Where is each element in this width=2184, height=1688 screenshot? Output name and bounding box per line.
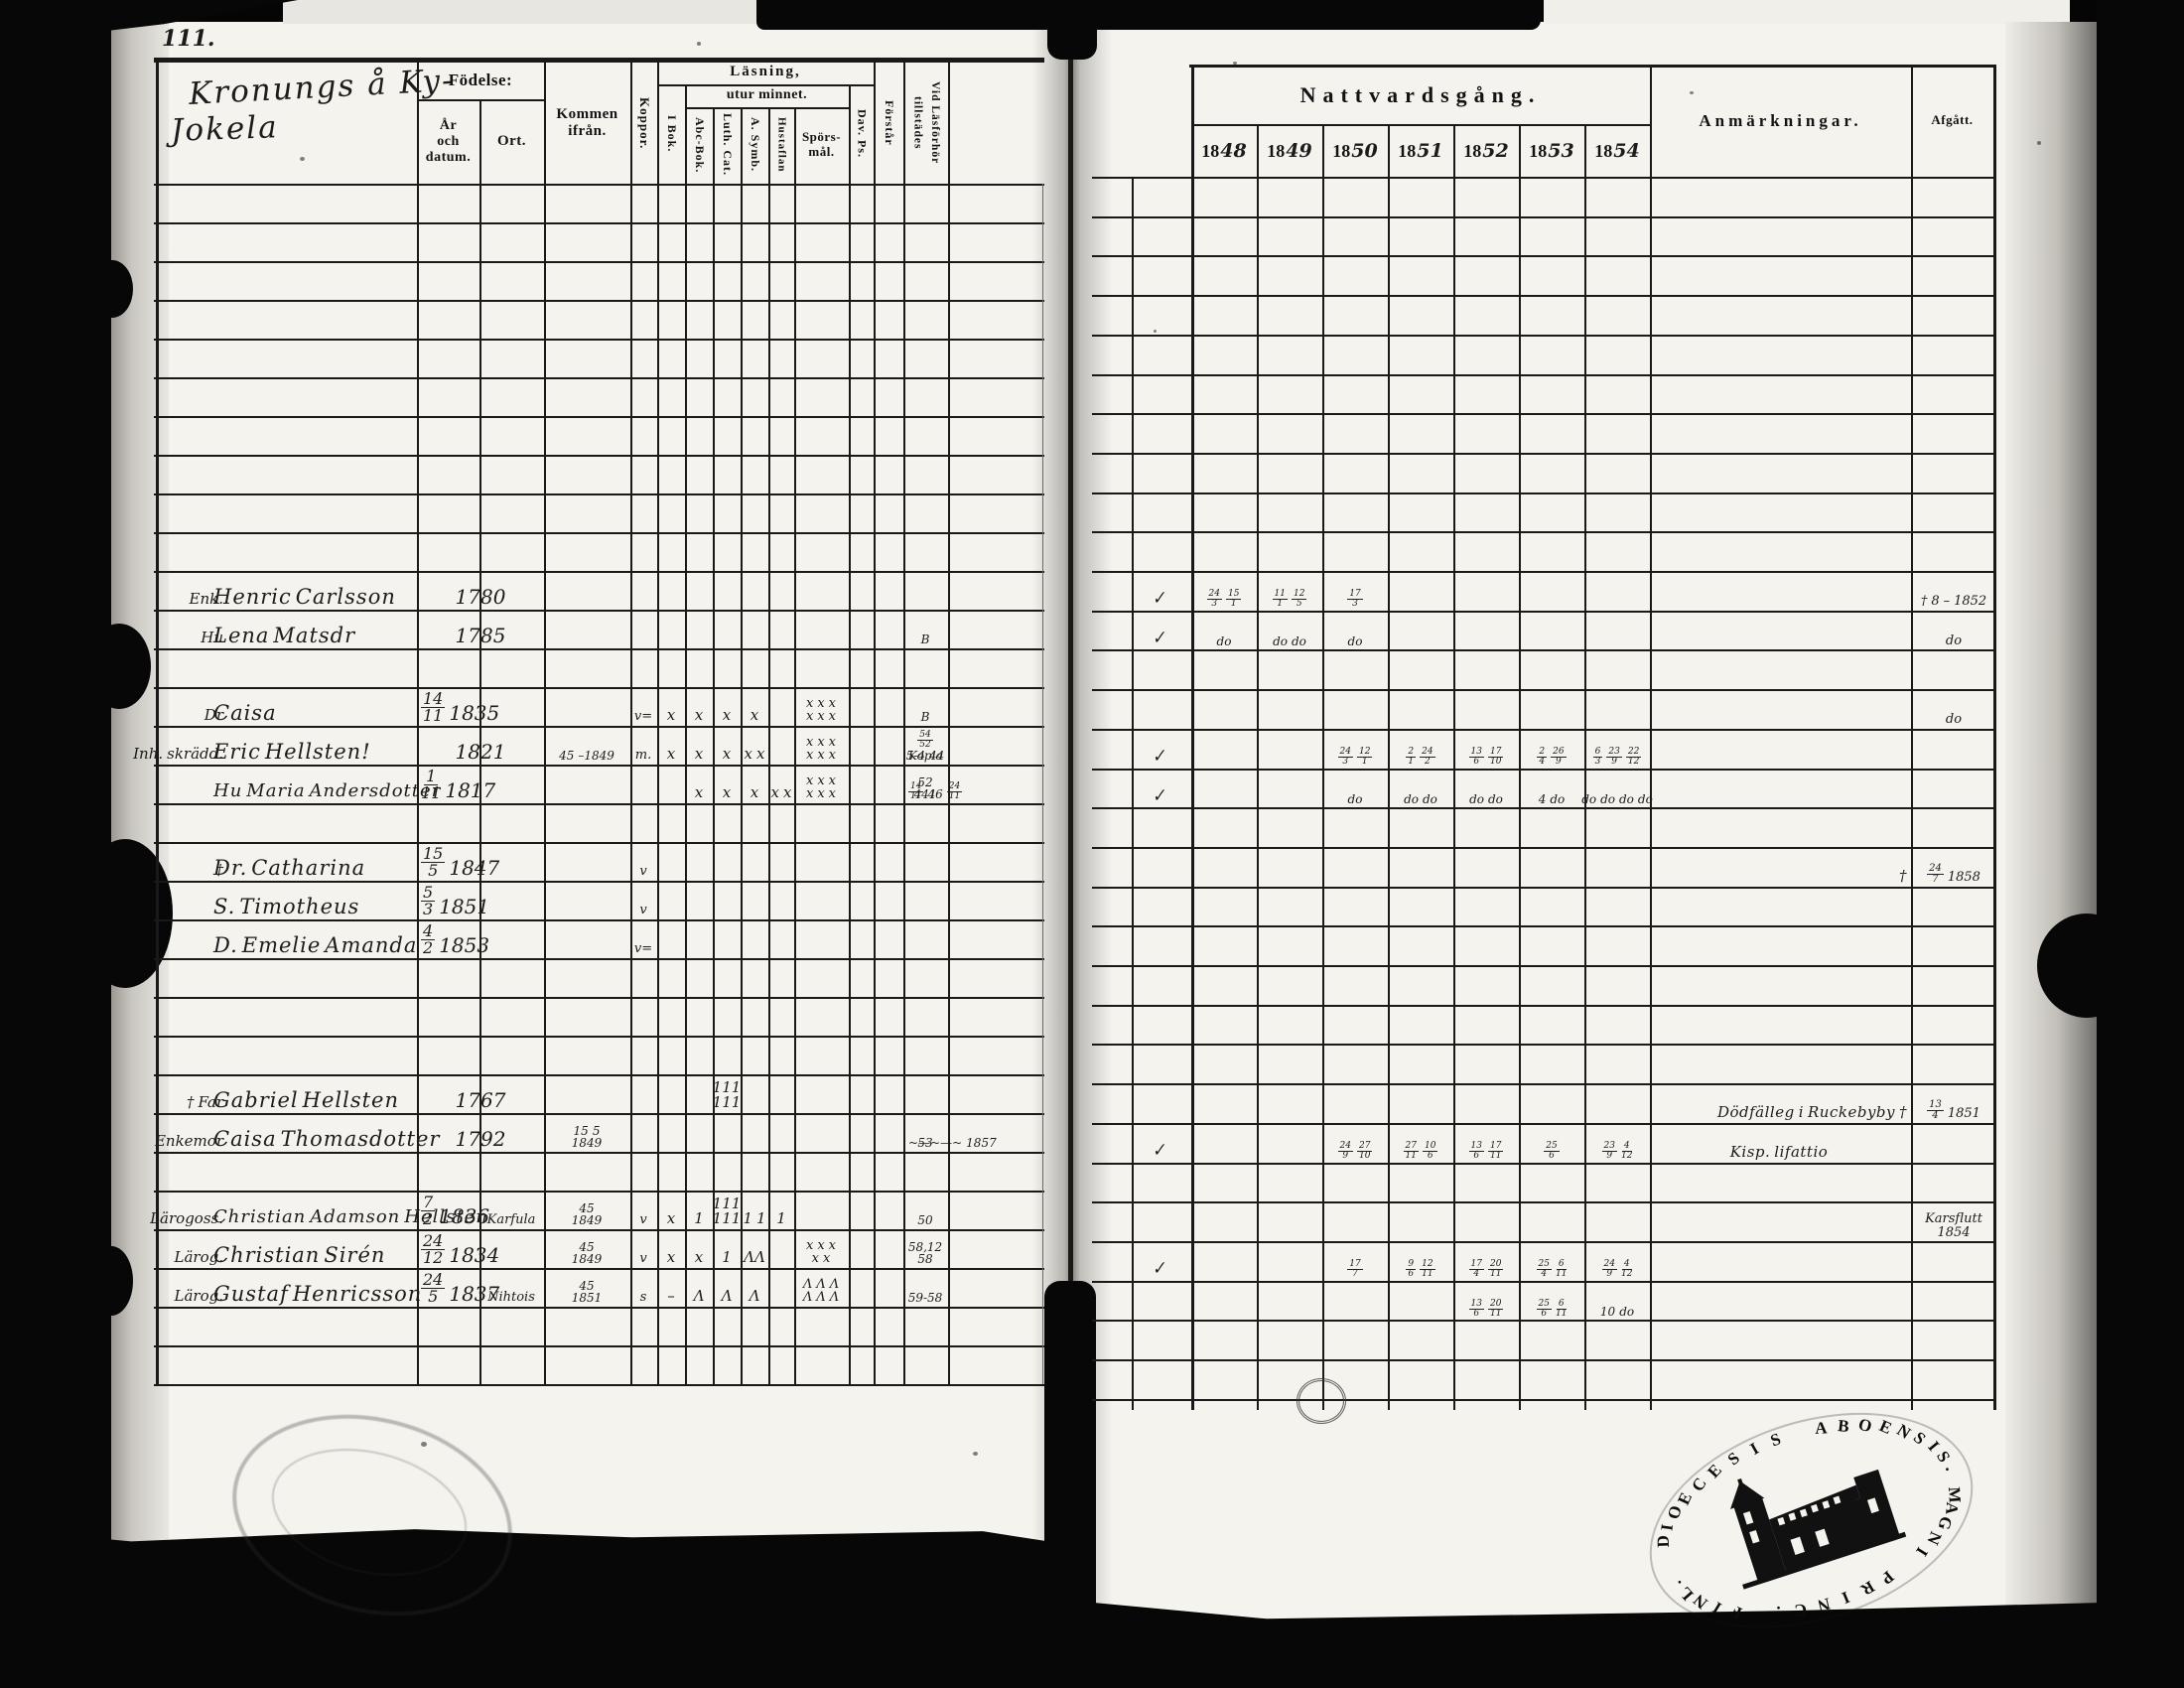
grid-line [1191,124,1650,126]
handwritten-mark: 1785 [456,626,506,646]
grid-line [154,958,1044,960]
entry-birth-date: 24121834 [421,1231,540,1266]
seal-ring-letter [1898,1550,1907,1561]
dust-speck [300,157,305,161]
scan-edge-right [2097,0,2184,1688]
entry-birth-date: 1551847 [421,844,540,879]
grid-line [154,1268,1044,1270]
year-prefix: 18 [1463,141,1481,162]
header-sporsmal: Spörs- mål. [794,107,849,183]
grid-line [154,726,1044,728]
date-fraction: 72 [421,1195,435,1227]
seal-ring-letter: O [1664,1503,1687,1522]
seal-ring-letter: . [1770,1602,1786,1622]
year-header: 1851 [1388,127,1453,175]
entry-birth-date: 1780 [421,573,540,608]
paper-top-strip [283,0,759,24]
year-header: 1848 [1191,127,1257,175]
header-luth-cat: Luth. Cat. [713,107,741,183]
year-header: 1853 [1519,127,1584,175]
seal-ring-letter: D [1653,1534,1673,1549]
page-edge-left [111,22,169,1551]
seal-ring-letter: N [1815,1593,1833,1616]
grid-line [874,58,876,1384]
year-prefix: 18 [1529,141,1547,162]
grid-line [685,84,687,1384]
dust-speck [1154,330,1157,333]
grid-line [1092,649,1993,651]
seal-ring-letter: C [1793,1599,1809,1619]
year-suffix: 54 [1613,140,1639,162]
date-fraction: 2412 [421,1233,445,1266]
grid-line [154,610,1044,612]
dust-speck [973,1452,978,1456]
grid-line [1092,177,1993,179]
entry-birth-date: 1785 [421,612,540,646]
grid-line [1132,177,1134,1410]
grid-line [768,107,770,1384]
entry-birth-date: 421853 [421,921,540,956]
seal-ring-letter: P [1875,1565,1899,1589]
handwritten-mark: 1780 [456,587,506,608]
grid-line [948,58,950,1384]
grid-line [154,532,1044,534]
grid-line [1092,531,1993,533]
seal-ring-letter: N [1922,1527,1946,1548]
grid-line [1092,571,1993,573]
grid-line [154,416,1044,418]
grid-line [417,58,419,1384]
header-lasning: Läsning, [657,61,874,83]
entry-birth-date: 531851 [421,883,540,917]
grid-line [154,1036,1044,1038]
grid-line [154,842,1044,844]
year-prefix: 18 [1267,141,1285,162]
scan-strip-top [756,0,1541,30]
grid-line [1092,453,1993,455]
date-fraction: 155 [421,846,445,879]
grid-line [1191,65,1194,1410]
grid-line [1092,1044,1993,1046]
entry-birth-date: 1111817 [421,767,540,801]
grid-line [154,493,1044,495]
handwritten-mark: 1821 [456,742,506,763]
seal-ring-letter: A [1941,1500,1962,1516]
handwritten-mark: 1792 [456,1129,506,1150]
grid-line [1092,729,1993,731]
seal-ring-letter: O [1855,1414,1874,1437]
header-ort: Ort. [479,101,544,183]
seal-ring-letter: E [1704,1460,1727,1483]
handwritten-mark: 1851 [439,897,489,917]
year-prefix: 18 [1332,141,1350,162]
date-fraction: 42 [421,923,435,956]
grid-line [154,1345,1044,1347]
grid-line [154,571,1044,573]
seal-ring-letter: G [1933,1514,1956,1532]
year-suffix: 53 [1548,140,1573,162]
handwritten-mark: 1836 [439,1206,489,1227]
grid-line [849,84,851,1384]
grid-line [154,455,1044,457]
grid-line [1322,124,1324,1410]
year-prefix: 18 [1594,141,1612,162]
entry-birth-date: 1792 [421,1115,540,1150]
grid-line [154,222,1044,224]
entry-birth-date: 1767 [421,1076,540,1111]
grid-line [1092,1320,1993,1322]
grid-line [1092,1083,1993,1085]
grid-line [1388,124,1390,1410]
header-anmarkningar: Anmärkningar. [1650,65,1911,177]
grid-line [154,377,1044,379]
grid-line [1092,1281,1993,1283]
entry-birth-date: 2451837 [421,1270,540,1305]
header-fodelse: Födelse: [417,64,544,97]
header-ar-och-datum: År och datum. [417,101,479,183]
grid-line [1092,1123,1993,1125]
grid-line [1092,1005,1993,1007]
seal-ring-letter [1746,1602,1760,1605]
grid-line [1092,769,1993,771]
seal-ring-letter [1788,1423,1802,1426]
header-abc-bok: Abc-Bok. [685,107,713,183]
year-suffix: 50 [1351,140,1377,162]
grid-line [1584,124,1586,1410]
scanned-parish-register: 111. Kronungs å Ky- Jokela Födelse: År o… [0,0,2184,1688]
grid-line [1519,124,1521,1410]
header-forstar: Förstår [874,64,903,183]
header-nattvardsgang: Nattvardsgång. [1191,75,1650,115]
entry-birth-date: 14111835 [421,689,540,724]
grid-line [1092,1241,1993,1243]
grid-line [154,919,1044,921]
grid-line [154,1113,1044,1115]
year-prefix: 18 [1398,141,1416,162]
grid-line [1092,611,1993,613]
gutter-top-blob [1047,0,1097,60]
header-a-symb: A. Symb. [741,107,768,183]
header-vid-lasforhor: Vid Läsförhör tillstädes [903,64,948,183]
scan-blob [89,1246,133,1316]
seal-ring-letter: B [1836,1415,1851,1436]
grid-line [1257,124,1259,1410]
year-header: 1854 [1584,127,1650,175]
grid-line [630,58,632,1384]
grid-line [154,803,1044,805]
grid-line [154,1229,1044,1231]
page-edge-right [2005,22,2100,1611]
grid-line [1092,335,1993,337]
year-suffix: 52 [1482,140,1508,162]
entry-birth-date: 721836 [421,1193,540,1227]
grid-line [657,84,874,86]
scan-edge-left [0,0,111,1688]
header-kommen-ifran: Kommen ifrån. [544,64,630,183]
header-dav-ps: Dav. Ps. [849,85,874,183]
scan-blob [2037,914,2136,1018]
grid-line [154,1307,1044,1309]
handwritten-mark: 1835 [449,703,499,724]
entry-birth-date: 1821 [421,728,540,763]
year-prefix: 18 [1201,141,1219,162]
seal-ring-letter: M [1944,1486,1965,1501]
grid-line [154,687,1044,689]
grid-line [1042,184,1043,1384]
grid-line [154,339,1044,341]
grid-line [1092,1163,1993,1165]
grid-line [1092,492,1993,494]
grid-line [544,58,546,1384]
seal-ring-letter: I [1836,1585,1856,1609]
grid-line [1092,1359,1993,1361]
ink-blot [1297,1378,1346,1424]
seal-ring-letter: C [1687,1474,1710,1496]
grid-line [1189,65,1996,68]
seal-ring-letter: A [1814,1418,1829,1439]
grid-line [154,58,1044,63]
seal-ring-letter: S [1766,1429,1786,1453]
page-number: 111. [162,26,215,52]
grid-line [1092,255,1993,257]
year-header: 1849 [1257,127,1322,175]
grid-line [154,300,1044,302]
grid-line [1092,295,1993,297]
grid-line [1092,413,1993,415]
grid-line [156,58,159,1384]
grid-line [1092,925,1993,927]
grid-line [1092,807,1993,809]
grid-line [903,58,905,1384]
date-fraction: 111 [421,769,441,801]
date-fraction: 245 [421,1272,445,1305]
seal-ring-letter: R [1856,1576,1878,1600]
grid-line [657,58,659,1384]
grid-line [1092,887,1993,889]
handwritten-mark: 1847 [449,858,499,879]
seal-ring-letter: I [1657,1519,1679,1535]
grid-line [154,184,1044,186]
grid-line [685,107,849,109]
grid-line [1453,124,1455,1410]
seal-ring-letter: F [1725,1600,1746,1623]
year-suffix: 48 [1220,140,1246,162]
scan-blob [87,624,151,709]
grid-line [154,1074,1044,1076]
header-i-bok: I Bok. [657,85,685,183]
grid-line [1993,65,1996,1410]
header-hustaflan: Hustaflan [768,107,794,183]
grid-line [154,648,1044,650]
grid-line [1092,216,1993,218]
header-utur-minnet: utur minnet. [685,85,849,106]
grid-line [713,107,715,1384]
dust-speck [697,42,701,46]
page-title-line2: Jokela [170,109,279,149]
grid-line [794,107,796,1384]
date-fraction: 53 [421,885,435,917]
handwritten-mark: 1834 [449,1245,499,1266]
year-suffix: 51 [1417,140,1442,162]
date-fraction: 1411 [421,691,445,724]
grid-line [1092,374,1993,376]
grid-line [741,107,743,1384]
grid-line [154,1384,1044,1386]
header-koppor: Koppor. [630,64,657,183]
grid-line [154,1152,1044,1154]
grid-line [154,1191,1044,1193]
grid-line [154,261,1044,263]
grid-line [1650,65,1652,1410]
grid-line [1911,65,1913,1410]
handwritten-mark: 1853 [439,935,489,956]
handwritten-mark: 1837 [449,1284,499,1305]
year-suffix: 49 [1286,140,1311,162]
handwritten-mark: 1767 [456,1090,506,1111]
header-afgatt: Afgått. [1911,65,1993,177]
grid-line [1092,965,1993,967]
dust-speck [2037,141,2041,145]
grid-line [154,881,1044,883]
grid-line [154,997,1044,999]
grid-line [1092,689,1993,691]
handwritten-mark: 1817 [445,780,495,801]
grid-line [154,765,1044,767]
year-header: 1850 [1322,127,1388,175]
scan-blob [91,260,133,318]
paper-top-strip [1544,0,2070,24]
seal-ring-letter: S [1722,1448,1745,1472]
year-header: 1852 [1453,127,1519,175]
grid-line [1092,1201,1993,1203]
grid-line [1092,847,1993,849]
seal-ring-letter: I [1743,1437,1765,1461]
